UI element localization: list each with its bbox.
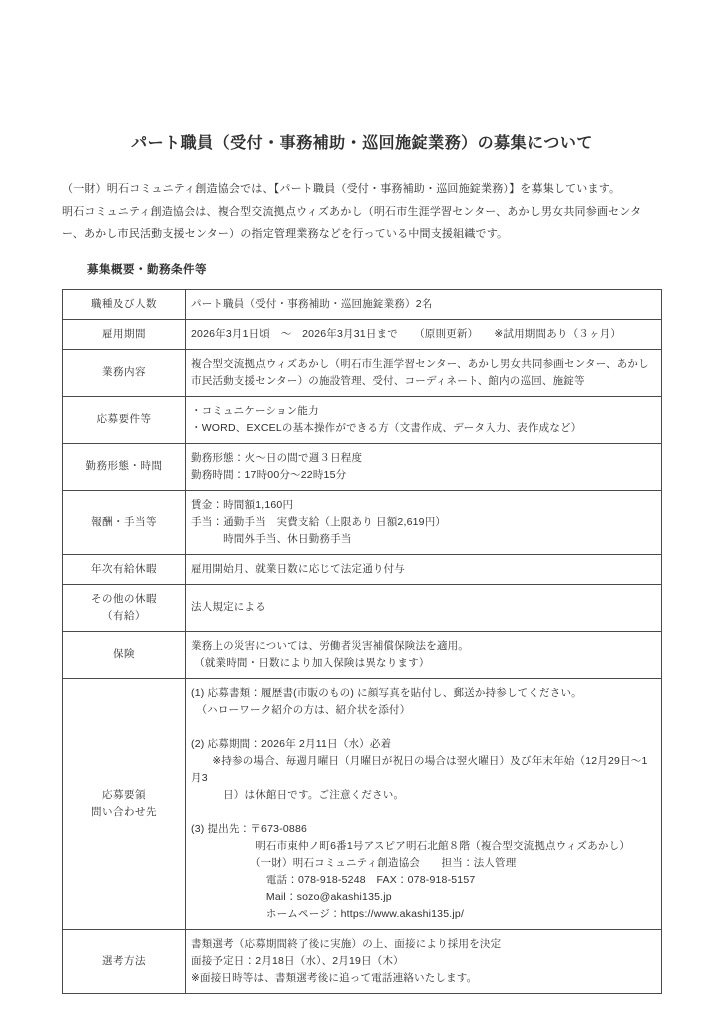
row-label: 保険 (63, 631, 186, 678)
row-label: 職種及び人数 (63, 289, 186, 319)
row-content: 勤務形態：火～日の間で週３日程度勤務時間：17時00分～22時15分 (186, 443, 662, 490)
content-line: 電話：078-918-5248 FAX：078-918-5157 (191, 872, 656, 889)
row-content: 賃金：時間額1,160円手当：通勤手当 実費支給（上限あり 日額2,619円） … (186, 490, 662, 554)
row-label: 業務内容 (63, 349, 186, 396)
content-line: ※面接日時等は、書類選考後に追って電話連絡いたします。 (191, 970, 656, 987)
table-row: 業務内容複合型交流拠点ウィズあかし（明石市生涯学習センター、あかし男女共同参画セ… (63, 349, 662, 396)
row-content: 書類選考（応募期間終了後に実施）の上、面接により採用を決定面接予定日：2月18日… (186, 929, 662, 993)
document-page: パート職員（受付・事務補助・巡回施錠業務）の募集について （一財）明石コミュニテ… (0, 0, 724, 1024)
row-content: (1) 応募書類：履歴書(市販のもの) に顔写真を貼付し、郵送か持参してください… (186, 678, 662, 929)
blank-line (191, 719, 656, 736)
table-row: 応募要領 問い合わせ先(1) 応募書類：履歴書(市販のもの) に顔写真を貼付し、… (63, 678, 662, 929)
blank-line (191, 804, 656, 821)
section-heading: 募集概要・勤務条件等 (62, 261, 662, 277)
row-label: 応募要領 問い合わせ先 (63, 678, 186, 929)
content-line: Mail：sozo@akashi135.jp (191, 889, 656, 906)
table-row: 年次有給休暇雇用開始月、就業日数に応じて法定通り付与 (63, 554, 662, 584)
row-content: 複合型交流拠点ウィズあかし（明石市生涯学習センター、あかし男女共同参画センター、… (186, 349, 662, 396)
spec-table-body: 職種及び人数パート職員（受付・事務補助・巡回施錠業務）2名雇用期間2026年3月… (63, 289, 662, 993)
content-line: 法人規定による (191, 599, 656, 616)
content-line: 業務上の災害については、労働者災害補償保険法を適用。 (191, 638, 656, 655)
row-label: 応募要件等 (63, 396, 186, 443)
table-row: その他の休暇 （有給）法人規定による (63, 584, 662, 631)
row-label: 年次有給休暇 (63, 554, 186, 584)
row-content: 法人規定による (186, 584, 662, 631)
row-label: 雇用期間 (63, 319, 186, 349)
intro-paragraph: （一財）明石コミュニティ創造協会では、【パート職員（受付・事務補助・巡回施錠業務… (62, 178, 662, 201)
intro-paragraphs: （一財）明石コミュニティ創造協会では、【パート職員（受付・事務補助・巡回施錠業務… (62, 178, 662, 246)
content-line: 複合型交流拠点ウィズあかし（明石市生涯学習センター、あかし男女共同参画センター、… (191, 356, 656, 390)
content-line: （ハローワーク紹介の方は、紹介状を添付） (191, 702, 656, 719)
content-line: 日）は休館日です。ご注意ください。 (191, 787, 656, 804)
table-row: 勤務形態・時間勤務形態：火～日の間で週３日程度勤務時間：17時00分～22時15… (63, 443, 662, 490)
table-row: 雇用期間2026年3月1日頃 ～ 2026年3月31日まで （原則更新） ※試用… (63, 319, 662, 349)
content-line: ・コミュニケーション能力 (191, 403, 656, 420)
content-line: 2026年3月1日頃 ～ 2026年3月31日まで （原則更新） ※試用期間あり… (191, 326, 656, 343)
content-line: ※持参の場合、毎週月曜日（月曜日が祝日の場合は翌火曜日）及び年末年始（12月29… (191, 753, 656, 787)
content-line: (2) 応募期間：2026年 2月11日（水）必着 (191, 736, 656, 753)
row-content: 2026年3月1日頃 ～ 2026年3月31日まで （原則更新） ※試用期間あり… (186, 319, 662, 349)
recruitment-conditions-table: 職種及び人数パート職員（受付・事務補助・巡回施錠業務）2名雇用期間2026年3月… (62, 289, 662, 994)
content-line: 賃金：時間額1,160円 (191, 497, 656, 514)
page-title: パート職員（受付・事務補助・巡回施錠業務）の募集について (62, 133, 662, 155)
row-content: 雇用開始月、就業日数に応じて法定通り付与 (186, 554, 662, 584)
content-line: （一財）明石コミュニティ創造協会 担当：法人管理 (191, 855, 656, 872)
table-row: 保険業務上の災害については、労働者災害補償保険法を適用。 （就業時間・日数により… (63, 631, 662, 678)
content-line: (3) 提出先：〒673-0886 (191, 821, 656, 838)
row-label: 選考方法 (63, 929, 186, 993)
row-content: パート職員（受付・事務補助・巡回施錠業務）2名 (186, 289, 662, 319)
row-label: 報酬・手当等 (63, 490, 186, 554)
content-line: ・WORD、EXCELの基本操作ができる方（文書作成、データ入力、表作成など） (191, 420, 656, 437)
table-row: 選考方法書類選考（応募期間終了後に実施）の上、面接により採用を決定面接予定日：2… (63, 929, 662, 993)
row-label: 勤務形態・時間 (63, 443, 186, 490)
content-line: 書類選考（応募期間終了後に実施）の上、面接により採用を決定 (191, 936, 656, 953)
content-line: 明石市東仲ノ町6番1号アスピア明石北館８階（複合型交流拠点ウィズあかし） (191, 838, 656, 855)
content-line: 勤務形態：火～日の間で週３日程度 (191, 450, 656, 467)
row-content: 業務上の災害については、労働者災害補償保険法を適用。 （就業時間・日数により加入… (186, 631, 662, 678)
content-line: ホームページ：https://www.akashi135.jp/ (191, 906, 656, 923)
row-content: ・コミュニケーション能力・WORD、EXCELの基本操作ができる方（文書作成、デ… (186, 396, 662, 443)
content-line: 時間外手当、休日勤務手当 (191, 531, 656, 548)
intro-paragraph: 明石コミュニティ創造協会は、複合型交流拠点ウィズあかし（明石市生涯学習センター、… (62, 201, 662, 246)
table-row: 職種及び人数パート職員（受付・事務補助・巡回施錠業務）2名 (63, 289, 662, 319)
table-row: 報酬・手当等賃金：時間額1,160円手当：通勤手当 実費支給（上限あり 日額2,… (63, 490, 662, 554)
content-line: パート職員（受付・事務補助・巡回施錠業務）2名 (191, 296, 656, 313)
content-line: （就業時間・日数により加入保険は異なります） (191, 655, 656, 672)
row-label: その他の休暇 （有給） (63, 584, 186, 631)
content-line: (1) 応募書類：履歴書(市販のもの) に顔写真を貼付し、郵送か持参してください… (191, 685, 656, 702)
table-row: 応募要件等・コミュニケーション能力・WORD、EXCELの基本操作ができる方（文… (63, 396, 662, 443)
content-line: 雇用開始月、就業日数に応じて法定通り付与 (191, 561, 656, 578)
content-line: 手当：通勤手当 実費支給（上限あり 日額2,619円） (191, 514, 656, 531)
content-line: 勤務時間：17時00分～22時15分 (191, 467, 656, 484)
content-line: 面接予定日：2月18日（水）、2月19日（木） (191, 953, 656, 970)
